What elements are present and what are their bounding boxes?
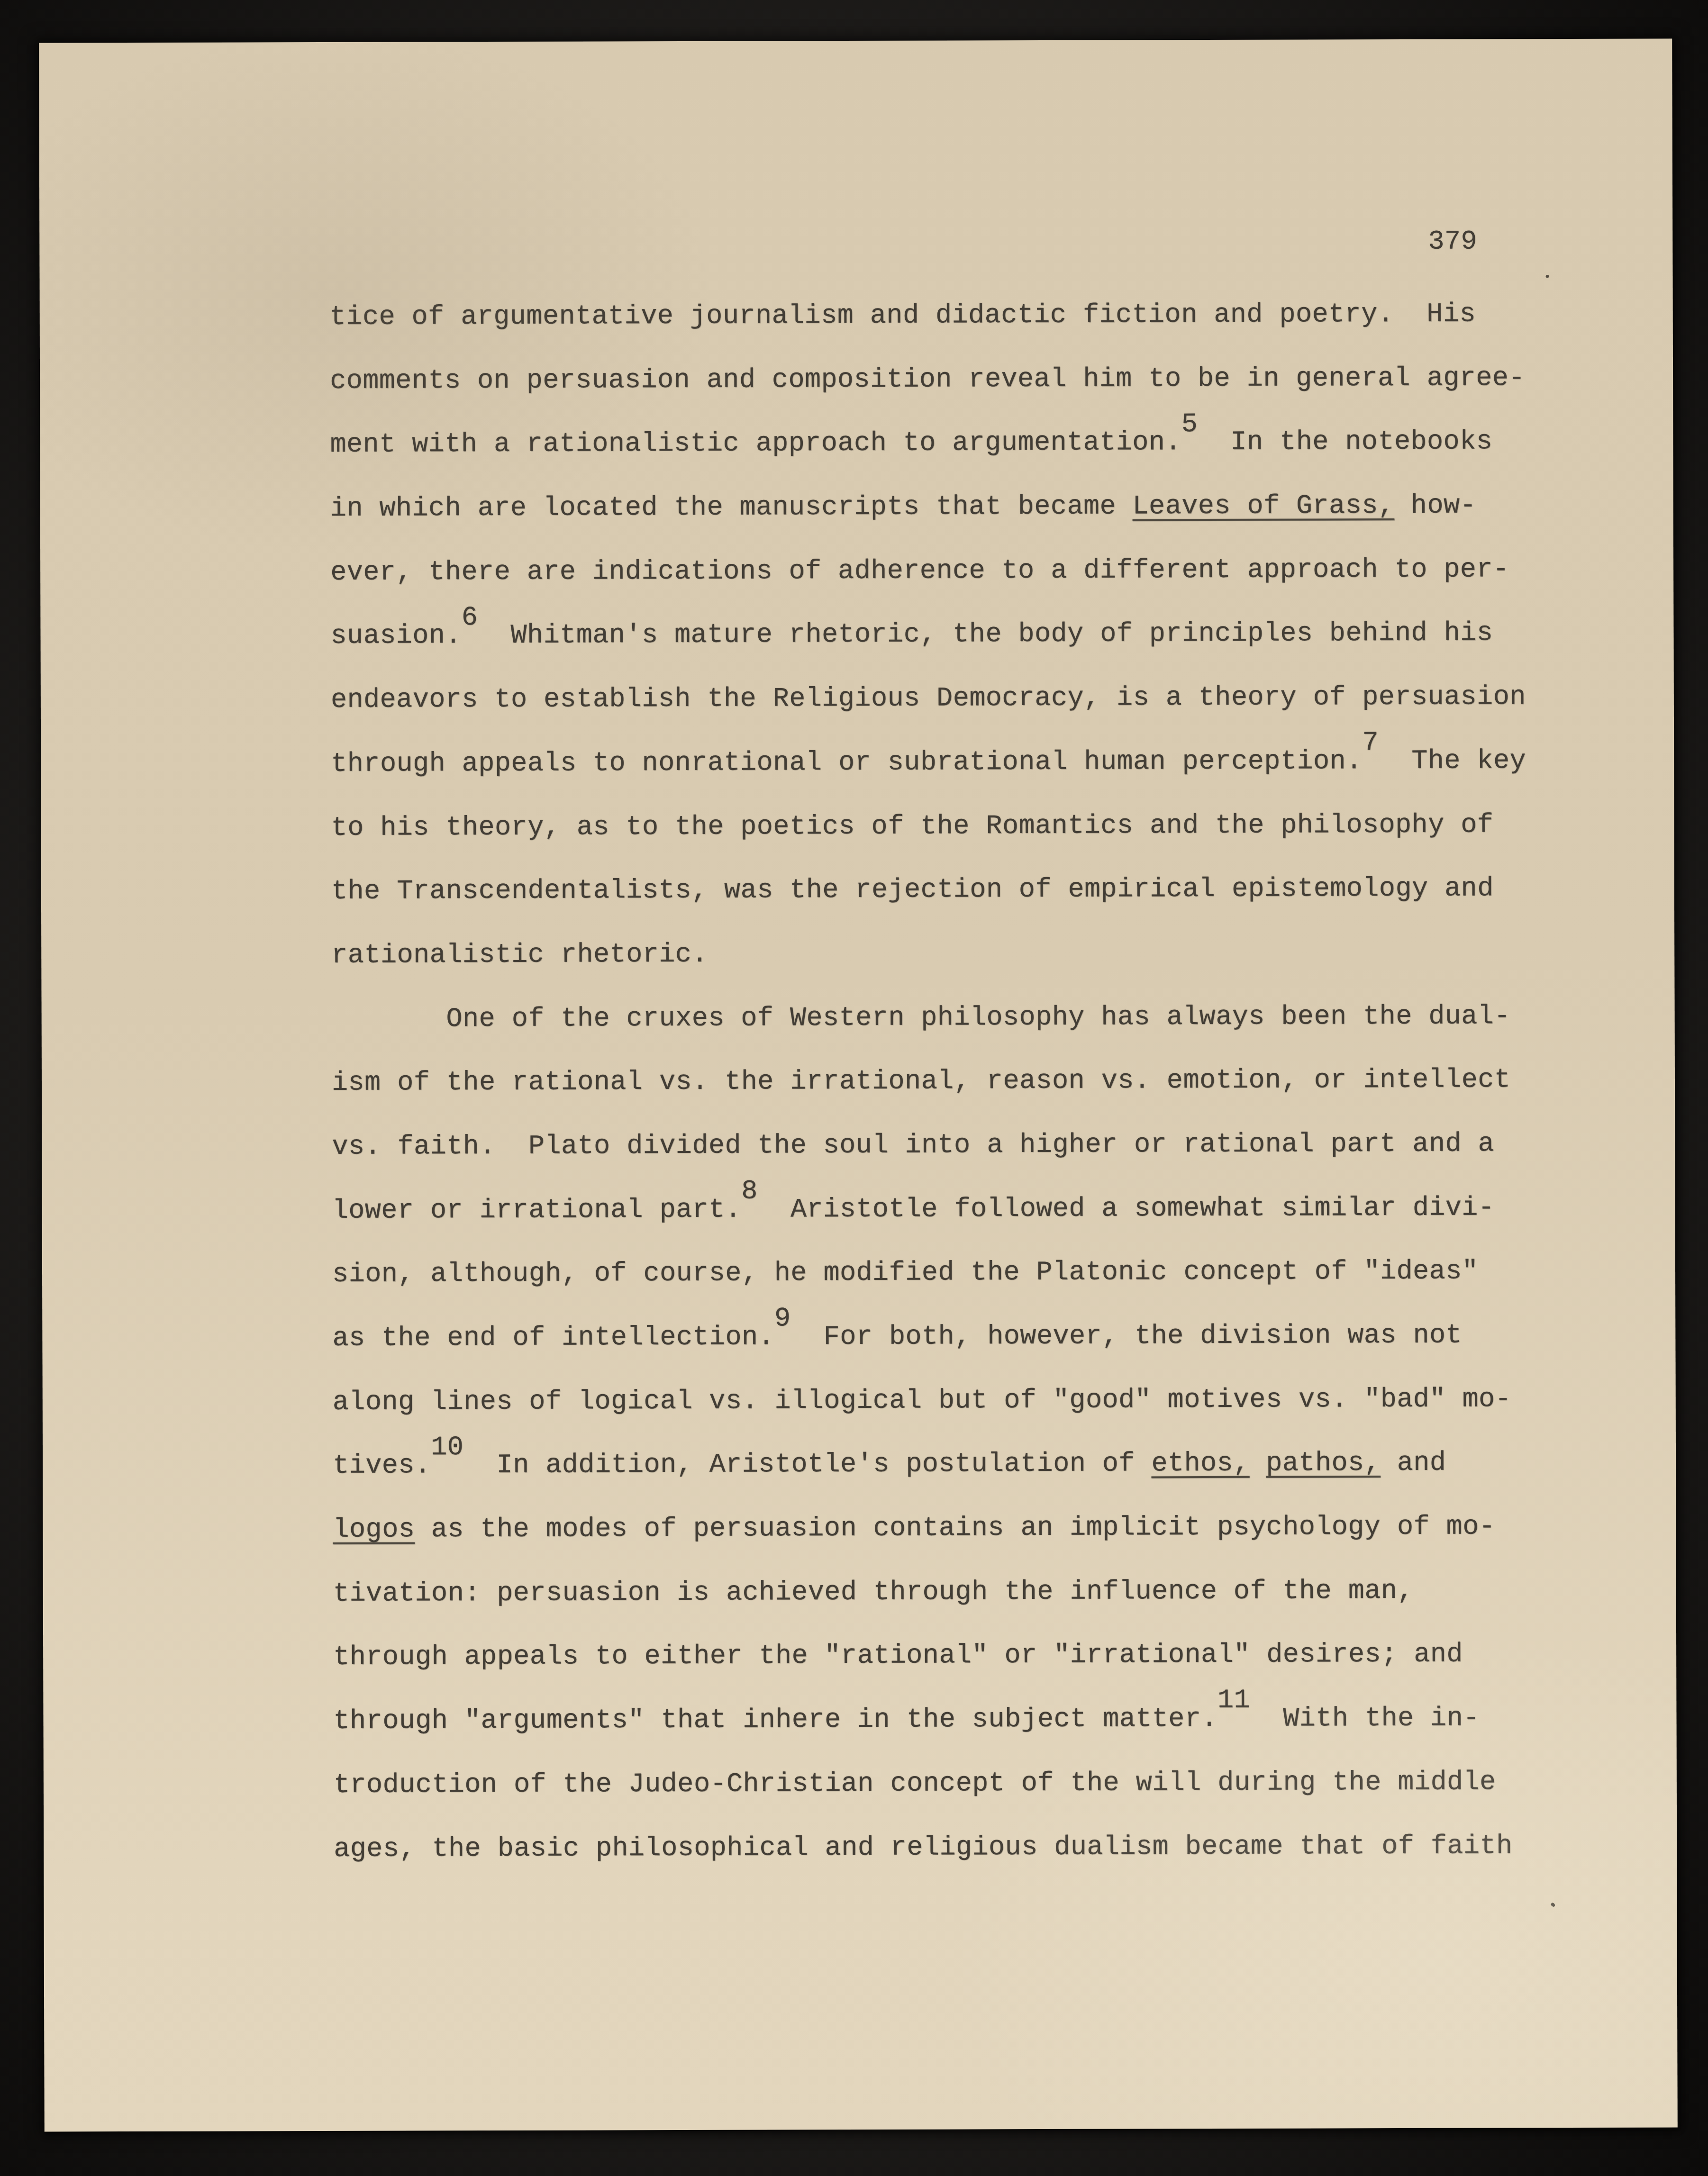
- text-line: through "arguments" that inhere in the s…: [333, 1686, 1575, 1754]
- photo-backdrop: 379 tice of argumentative journalism and…: [0, 0, 1708, 2176]
- text-segment: as the modes of persuasion contains an i…: [415, 1512, 1495, 1545]
- text-segment: tice of argumentative journalism and did…: [330, 299, 1476, 333]
- footnote-reference: 6: [462, 603, 478, 633]
- footnote-reference: 8: [741, 1176, 758, 1206]
- text-line: to his theory, as to the poetics of the …: [331, 793, 1572, 861]
- text-segment: The key: [1379, 746, 1526, 777]
- text-segment: the Transcendentalists, was the rejectio…: [331, 874, 1494, 907]
- text-segment: comments on persuasion and composition r…: [330, 363, 1525, 397]
- text-line: tives.10 In addition, Aristotle's postul…: [333, 1431, 1574, 1498]
- text-line: along lines of logical vs. illogical but…: [333, 1368, 1574, 1435]
- text-segment: vs. faith. Plato divided the soul into a…: [332, 1129, 1494, 1162]
- underlined-text: logos: [333, 1515, 415, 1545]
- text-line: the Transcendentalists, was the rejectio…: [331, 857, 1573, 924]
- text-line: One of the cruxes of Western philosophy …: [331, 985, 1573, 1052]
- text-segment: through appeals to either the "rational"…: [333, 1640, 1463, 1673]
- text-line: through appeals to either the "rational"…: [333, 1623, 1575, 1690]
- text-line: ever, there are indications of adherence…: [330, 538, 1572, 605]
- text-segment: With the in-: [1250, 1704, 1480, 1734]
- text-segment: how-: [1394, 491, 1476, 521]
- page-number: 379: [1428, 226, 1477, 258]
- text-segment: in which are located the manuscripts tha…: [330, 492, 1133, 524]
- text-segment: rationalistic rhetoric.: [331, 940, 708, 971]
- footnote-reference: 5: [1181, 409, 1198, 440]
- text-segment: suasion.: [330, 621, 462, 652]
- text-segment: to his theory, as to the poetics of the …: [331, 810, 1493, 843]
- text-segment: ment with a rationalistic approach to ar…: [330, 428, 1181, 461]
- text-line: tivation: persuasion is achieved through…: [333, 1559, 1575, 1626]
- text-line: vs. faith. Plato divided the soul into a…: [332, 1112, 1573, 1179]
- text-segment: tives.: [333, 1451, 431, 1482]
- text-segment: sion, although, of course, he modified t…: [332, 1257, 1478, 1290]
- text-line: as the end of intellection.9 For both, h…: [332, 1304, 1574, 1371]
- text-line: tice of argumentative journalism and did…: [330, 282, 1572, 350]
- body-text: tice of argumentative journalism and did…: [330, 282, 1576, 1881]
- text-line: in which are located the manuscripts tha…: [330, 474, 1572, 541]
- text-segment: Whitman's mature rhetoric, the body of p…: [478, 618, 1493, 652]
- text-line: sion, although, of course, he modified t…: [332, 1240, 1574, 1307]
- text-segment: endeavors to establish the Religious Dem…: [331, 682, 1526, 716]
- text-segment: lower or irrational part.: [332, 1195, 742, 1226]
- text-line: comments on persuasion and composition r…: [330, 346, 1572, 414]
- text-line: lower or irrational part.8 Aristotle fol…: [332, 1176, 1574, 1243]
- text-segment: Aristotle followed a somewhat similar di…: [758, 1193, 1495, 1225]
- footnote-reference: 7: [1362, 728, 1379, 758]
- footnote-reference: 11: [1217, 1686, 1250, 1716]
- text-line: logos as the modes of persuasion contain…: [333, 1495, 1574, 1562]
- document-page: 379 tice of argumentative journalism and…: [39, 38, 1678, 2131]
- text-segment: ages, the basic philosophical and religi…: [334, 1831, 1512, 1865]
- underlined-text: pathos,: [1266, 1448, 1381, 1479]
- text-line: through appeals to nonrational or subrat…: [331, 729, 1572, 797]
- text-segment: through appeals to nonrational or subrat…: [331, 746, 1363, 780]
- text-segment: along lines of logical vs. illogical but…: [333, 1384, 1511, 1418]
- text-segment: One of the cruxes of Western philosophy …: [332, 1001, 1510, 1035]
- text-segment: as the end of intellection.: [332, 1322, 774, 1353]
- footnote-reference: 9: [774, 1304, 791, 1334]
- text-line: ment with a rationalistic approach to ar…: [330, 410, 1572, 477]
- text-line: rationalistic rhetoric.: [331, 921, 1573, 988]
- text-line: troduction of the Judeo-Christian concep…: [334, 1750, 1575, 1818]
- footnote-reference: 10: [431, 1433, 463, 1463]
- text-line: ages, the basic philosophical and religi…: [334, 1814, 1575, 1882]
- text-segment: ism of the rational vs. the irrational, …: [332, 1065, 1510, 1099]
- underlined-text: Leaves of Grass,: [1132, 491, 1394, 522]
- text-segment: In the notebooks: [1198, 427, 1492, 458]
- paper-speck: [1550, 1902, 1555, 1907]
- text-segment: [1250, 1449, 1266, 1479]
- text-segment: and: [1381, 1448, 1446, 1478]
- paper-speck: [1546, 275, 1549, 278]
- text-segment: through "arguments" that inhere in the s…: [333, 1704, 1217, 1737]
- text-segment: troduction of the Judeo-Christian concep…: [334, 1767, 1496, 1800]
- text-line: suasion.6 Whitman's mature rhetoric, the…: [330, 601, 1572, 669]
- text-segment: In addition, Aristotle's postulation of: [463, 1449, 1151, 1481]
- text-segment: ever, there are indications of adherence…: [330, 554, 1509, 588]
- text-line: ism of the rational vs. the irrational, …: [332, 1048, 1573, 1115]
- text-line: endeavors to establish the Religious Dem…: [331, 665, 1572, 733]
- text-segment: For both, however, the division was not: [791, 1321, 1463, 1353]
- text-segment: tivation: persuasion is achieved through…: [333, 1576, 1414, 1609]
- underlined-text: ethos,: [1151, 1449, 1249, 1479]
